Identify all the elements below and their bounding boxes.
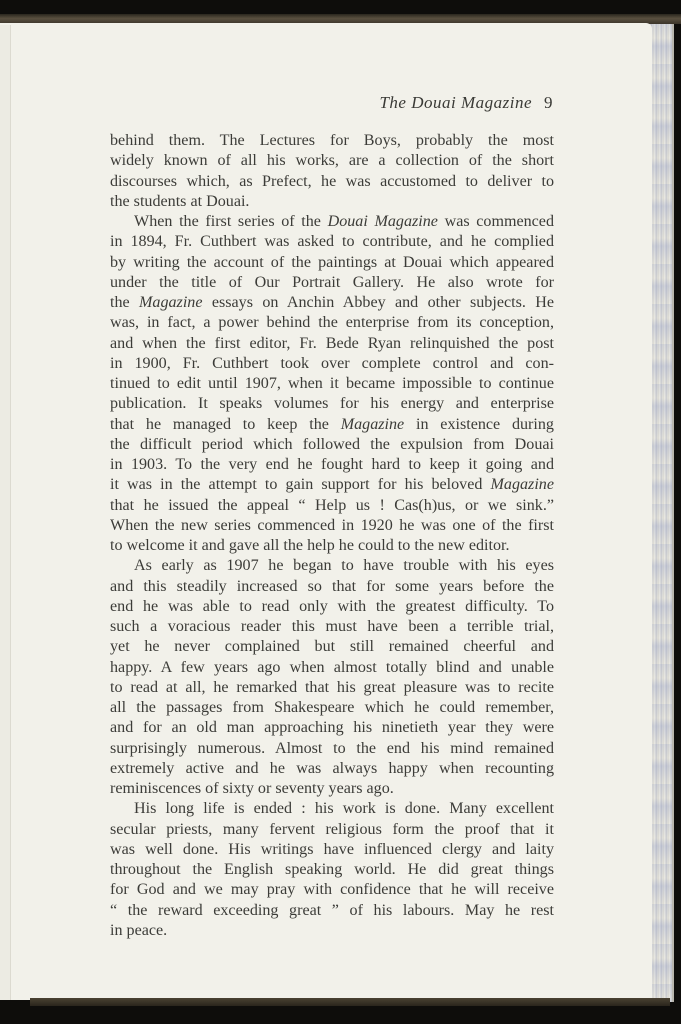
text-line: “ the reward exceeding great ” of his la… [110,901,554,921]
text-line: and when the first editor, Fr. Bede Ryan… [110,334,554,354]
text-line: under the title of Our Portrait Gallery.… [110,273,554,293]
paragraph: His long life is ended : his work is don… [110,799,554,941]
text-line: and this steadily increased so that for … [110,577,554,597]
text-line: that he issued the appeal “ Help us ! Ca… [110,496,554,516]
text-line: tinued to edit until 1907, when it becam… [110,374,554,394]
text-line: by writing the account of the paintings … [110,253,554,273]
text-line: When the first series of the Douai Magaz… [110,212,554,232]
text-line: surprisingly numerous. Almost to the end… [110,739,554,759]
text-line: the difficult period which followed the … [110,435,554,455]
text-line: in peace. [110,921,554,941]
text-line: that he managed to keep the Magazine in … [110,415,554,435]
text-line: the Magazine essays on Anchin Abbey and … [110,293,554,313]
text-line: extremely active and he was always happy… [110,759,554,779]
text-line: the students at Douai. [110,192,554,212]
text-line: discourses which, as Prefect, he was acc… [110,172,554,192]
text-line: for God and we may pray with confidence … [110,880,554,900]
text-line: to read at all, he remarked that his gre… [110,678,554,698]
paragraph: When the first series of the Douai Magaz… [110,212,554,556]
text-line: publication. It speaks volumes for his e… [110,394,554,414]
running-head-title: The Douai Magazine [379,93,532,113]
text-line: was, in fact, a power behind the enterpr… [110,313,554,333]
text-line: in 1900, Fr. Cuthbert took over complete… [110,354,554,374]
text-line: throughout the English speaking world. H… [110,860,554,880]
text-line: As early as 1907 he began to have troubl… [110,556,554,576]
text-line: in 1903. To the very end he fought hard … [110,455,554,475]
body-text: behind them. The Lectures for Boys, prob… [110,131,554,941]
text-line: When the new series commenced in 1920 he… [110,516,554,536]
text-line: in 1894, Fr. Cuthbert was asked to contr… [110,232,554,252]
text-line: it was in the attempt to gain support fo… [110,475,554,495]
text-line: happy. A few years ago when almost total… [110,658,554,678]
text-line: secular priests, many fervent religious … [110,820,554,840]
paragraph: As early as 1907 he began to have troubl… [110,556,554,799]
facing-page-strip [0,25,11,1000]
text-line: and for an old man approaching his ninet… [110,718,554,738]
paragraph: behind them. The Lectures for Boys, prob… [110,131,554,212]
text-line: to welcome it and gave all the help he c… [110,536,554,556]
book-cover-bottom-edge [30,998,670,1006]
text-line: was well done. His writings have influen… [110,840,554,860]
page-number: 9 [544,93,553,113]
text-line: end he was able to read only with the gr… [110,597,554,617]
text-line: all the passages from Shakespeare which … [110,698,554,718]
text-line: yet he never complained but still remain… [110,637,554,657]
text-line: widely known of all his works, are a col… [110,151,554,171]
text-line: behind them. The Lectures for Boys, prob… [110,131,554,151]
text-line: His long life is ended : his work is don… [110,799,554,819]
running-head: The Douai Magazine 9 [379,93,553,113]
text-line: such a voracious reader this must have b… [110,617,554,637]
text-line: reminiscences of sixty or seventy years … [110,779,554,799]
